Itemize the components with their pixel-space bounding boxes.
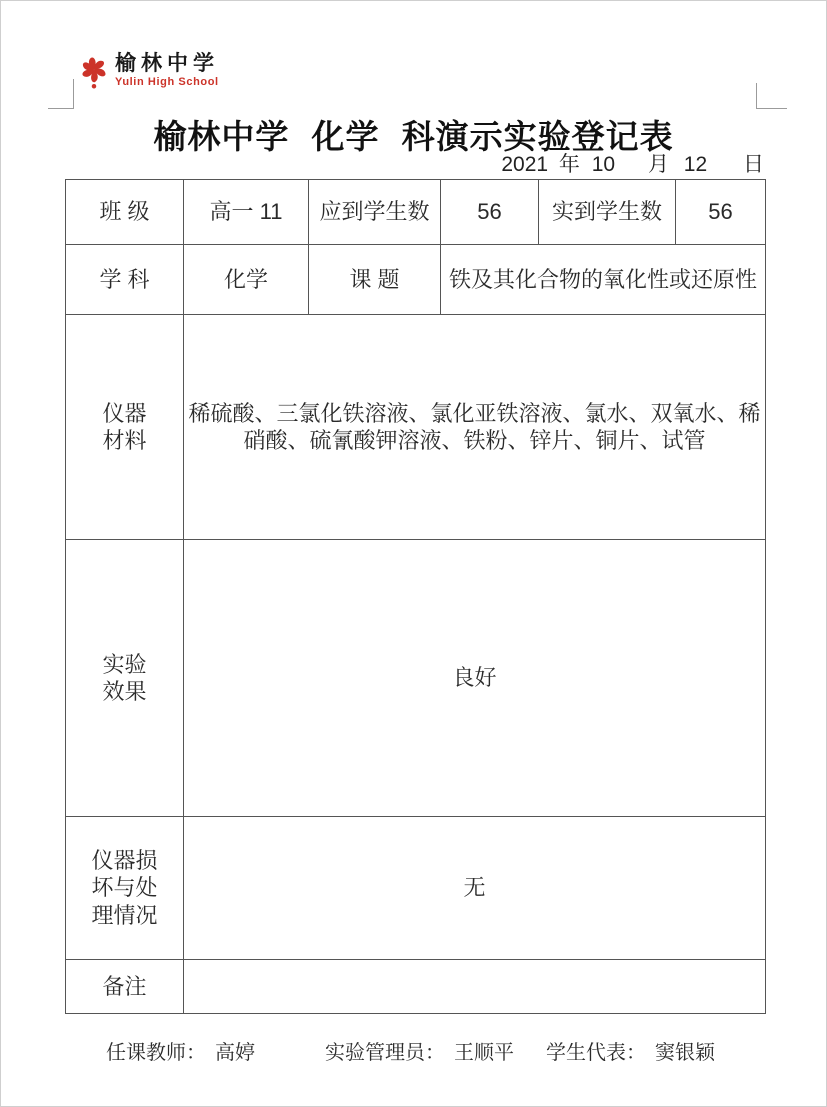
teacher-signature: 任课教师： 高婷 [106, 1036, 255, 1065]
document-page: 榆林中学 Yulin High School 榆林中学 化学 科演示实验登记表 … [0, 0, 827, 1107]
date-day: 12 [684, 153, 707, 176]
student-label: 学生代表： [546, 1036, 646, 1065]
experiment-registration-table: 班 级 高一 11 应到学生数 56 实到学生数 56 学 科 化学 课 题 铁… [65, 179, 766, 1014]
damage-label-cell: 仪器损 坏与处 理情况 [66, 817, 184, 960]
title-school: 榆林中学 [153, 118, 289, 155]
manager-name: 王顺平 [454, 1036, 514, 1065]
actual-students-value-cell: 56 [676, 180, 766, 245]
topic-label-cell: 课 题 [309, 245, 441, 315]
date-year: 2021 [501, 153, 548, 176]
table-row-subject: 学 科 化学 课 题 铁及其化合物的氧化性或还原性 [66, 245, 766, 315]
flower-logo-icon [79, 53, 109, 91]
remarks-value-cell [184, 960, 766, 1014]
school-logo: 榆林中学 Yulin High School [79, 51, 219, 91]
subject-label-cell: 学 科 [66, 245, 184, 315]
date-month-label: 月 [648, 153, 669, 176]
table-row-equipment: 仪器 材料 稀硫酸、三氯化铁溶液、氯化亚铁溶液、氯水、双氧水、稀硝酸、硫氰酸钾溶… [66, 315, 766, 540]
date-day-label: 日 [743, 153, 764, 176]
topic-value-cell: 铁及其化合物的氧化性或还原性 [441, 245, 766, 315]
effect-label-cell: 实验 效果 [66, 540, 184, 817]
school-name-en: Yulin High School [115, 76, 219, 88]
table-row-damage: 仪器损 坏与处 理情况 无 [66, 817, 766, 960]
subject-value-cell: 化学 [184, 245, 309, 315]
table-row-remarks: 备注 [66, 960, 766, 1014]
manager-signature: 实验管理员： 王顺平 [325, 1036, 514, 1065]
school-name-cn: 榆林中学 [115, 51, 219, 75]
remarks-label-cell: 备注 [66, 960, 184, 1014]
expected-students-value-cell: 56 [441, 180, 539, 245]
expected-students-label-cell: 应到学生数 [309, 180, 441, 245]
table-row-class: 班 级 高一 11 应到学生数 56 实到学生数 56 [66, 180, 766, 245]
date-year-label: 年 [559, 153, 580, 176]
effect-value-cell: 良好 [184, 540, 766, 817]
student-name: 窦银颖 [655, 1036, 715, 1065]
table-row-effect: 实验 效果 良好 [66, 540, 766, 817]
date-line: 2021 年 10 月 12 日 [501, 148, 764, 178]
teacher-label: 任课教师： [106, 1036, 206, 1065]
signature-line: 任课教师： 高婷 实验管理员： 王顺平 学生代表： 窦银颖 [1, 1036, 826, 1065]
actual-students-label-cell: 实到学生数 [539, 180, 676, 245]
title-subject: 化学 [312, 118, 380, 155]
margin-corner-mark-right [756, 83, 787, 109]
margin-corner-mark-left [48, 79, 74, 109]
teacher-name: 高婷 [215, 1036, 255, 1065]
date-month: 10 [592, 153, 615, 176]
manager-label: 实验管理员： [325, 1036, 445, 1065]
class-value-cell: 高一 11 [184, 180, 309, 245]
student-signature: 学生代表： 窦银颖 [546, 1036, 715, 1065]
damage-value-cell: 无 [184, 817, 766, 960]
class-label-cell: 班 级 [66, 180, 184, 245]
equipment-label-cell: 仪器 材料 [66, 315, 184, 540]
equipment-value-cell: 稀硫酸、三氯化铁溶液、氯化亚铁溶液、氯水、双氧水、稀硝酸、硫氰酸钾溶液、铁粉、锌… [184, 315, 766, 540]
